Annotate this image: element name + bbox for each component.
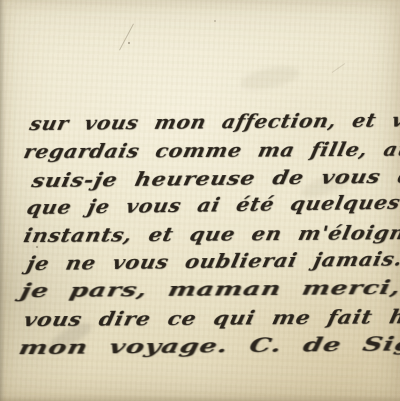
paper-speck	[214, 20, 216, 22]
paper-bottom-edge-shading	[0, 395, 400, 401]
paper-speck	[128, 42, 130, 44]
handwriting-line-5: instants, et que en m'éloignant	[22, 222, 400, 247]
handwriting-line-6: je ne vous oublierai jamais.	[25, 248, 400, 275]
letter-scan: sur vous mon affection, et vous regardai…	[0, 0, 400, 401]
paper-scratch	[119, 24, 134, 51]
handwriting-line-1: sur vous mon affection, et vous	[28, 109, 400, 135]
handwriting-line-8: vous dire ce qui me fait hâter	[22, 306, 400, 331]
paper-left-edge-shading	[0, 0, 5, 401]
handwriting-line-2: regardais comme ma fille, aussi	[22, 138, 400, 163]
paper-scratch	[332, 63, 346, 73]
handwriting-line-9-signature: mon voyage. C. de Sig —	[17, 333, 400, 359]
handwriting-line-4: que je vous ai été quelques bons	[25, 191, 400, 219]
paper-smudge	[239, 62, 302, 94]
handwriting-line-7: je pars, maman merci,	[19, 277, 400, 302]
handwriting-line-3: suis-je heureuse de vous dire	[30, 165, 400, 192]
